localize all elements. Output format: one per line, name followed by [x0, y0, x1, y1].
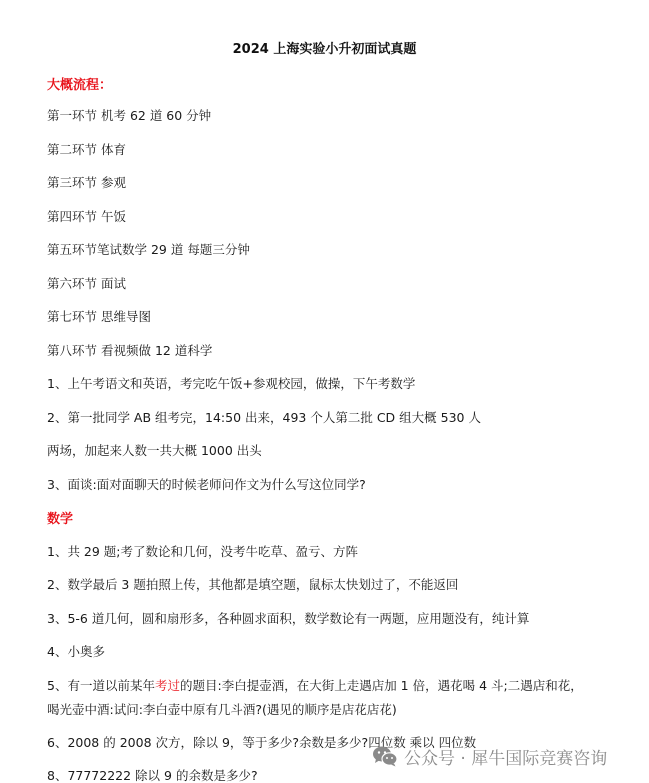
- process-step: 第六环节 面试: [47, 274, 126, 292]
- process-note: 3、面谈:面对面聊天的时候老师问作文为什么写这位同学?: [47, 475, 366, 493]
- math-item-5: 5、有一道以前某年考过的题目:李白提壶酒，在大街上走遇店加 1 倍，遇花喝 4 …: [47, 676, 583, 694]
- process-note: 两场，加起来人数一共大概 1000 出头: [47, 441, 262, 459]
- math-item-5-highlight: 考过: [155, 678, 180, 693]
- process-step: 第七环节 思维导图: [47, 307, 151, 325]
- process-note: 2、第一批同学 AB 组考完，14:50 出来，493 个人第二批 CD 组大概…: [47, 408, 481, 426]
- process-step: 第二环节 体育: [47, 140, 126, 158]
- math-item-5-line2: 喝光壶中酒:试问:李白壶中原有几斗酒?(遇见的顺序是店花店花): [47, 700, 397, 718]
- math-item: 8、77772222 除以 9 的余数是多少?: [47, 766, 258, 783]
- process-note: 1、上午考语文和英语，考完吃午饭+参观校园，做操，下午考数学: [47, 374, 415, 392]
- process-step: 第一环节 机考 62 道 60 分钟: [47, 106, 211, 124]
- section-heading-process: 大概流程：: [47, 74, 112, 93]
- watermark: 公众号 · 犀牛国际竞赛咨询: [372, 742, 607, 770]
- process-step: 第五环节笔试数学 29 道 每题三分钟: [47, 240, 250, 258]
- math-item: 1、共 29 题;考了数论和几何，没考牛吃草、盈亏、方阵: [47, 542, 358, 560]
- math-item-5-prefix: 5、有一道以前某年: [47, 678, 155, 693]
- process-step: 第八环节 看视频做 12 道科学: [47, 341, 212, 359]
- math-item-5-suffix: 的题目:李白提壶酒，在大街上走遇店加 1 倍，遇花喝 4 斗;二遇店和花，: [180, 678, 583, 693]
- math-item: 4、小奥多: [47, 642, 105, 660]
- watermark-text: 公众号 · 犀牛国际竞赛咨询: [404, 744, 607, 769]
- section-heading-math: 数学: [47, 508, 73, 527]
- document-page: 2024 上海实验小升初面试真题 大概流程： 第一环节 机考 62 道 60 分…: [0, 0, 649, 783]
- math-item: 2、数学最后 3 题拍照上传，其他都是填空题，鼠标太快划过了，不能返回: [47, 575, 458, 593]
- process-step: 第四环节 午饭: [47, 207, 126, 225]
- document-title: 2024 上海实验小升初面试真题: [0, 38, 649, 57]
- math-item: 3、5-6 道几何，圆和扇形多，各种圆求面积，数学数论有一两题，应用题没有，纯计…: [47, 609, 529, 627]
- process-step: 第三环节 参观: [47, 173, 126, 191]
- wechat-icon: [372, 745, 398, 767]
